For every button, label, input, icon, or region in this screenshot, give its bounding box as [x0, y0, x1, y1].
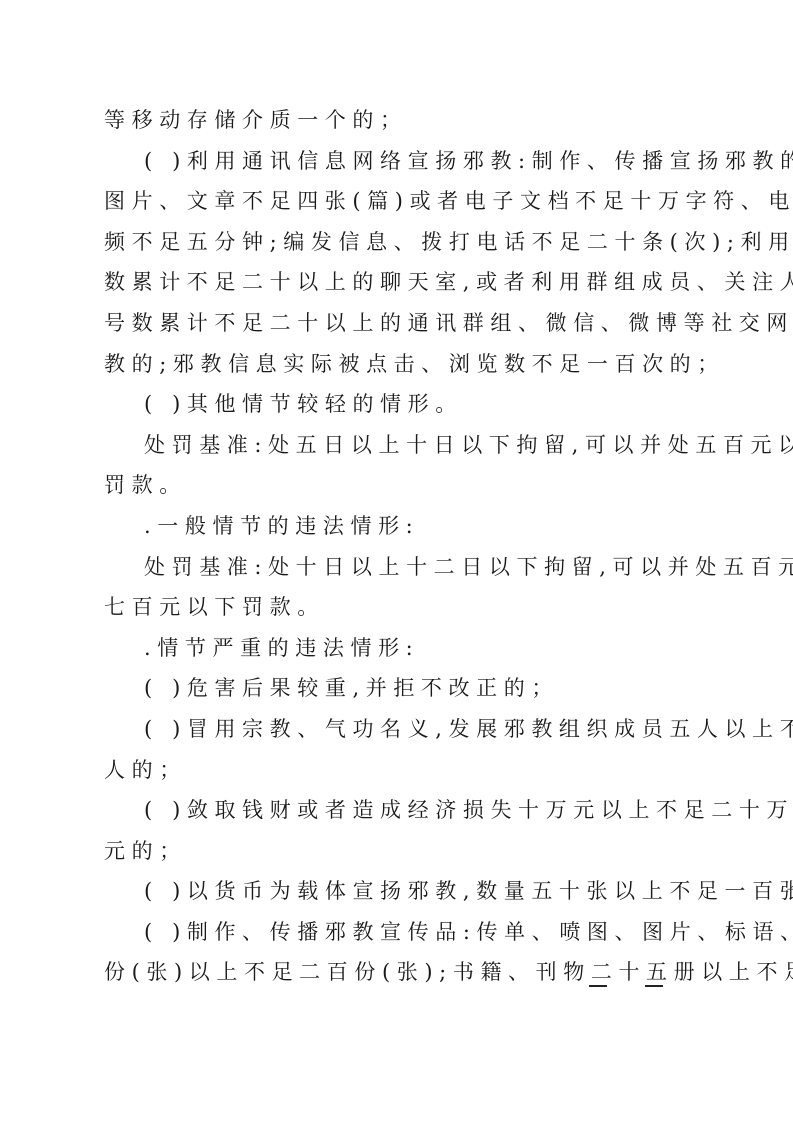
text-line: 罚款。 [104, 465, 692, 506]
text-line: 频不足五分钟;编发信息、拨打电话不足二十条(次);利用在线人 [104, 222, 692, 263]
section-heading: .一般情节的违法情形: [104, 506, 692, 547]
text-line: ( )利用通讯信息网络宣扬邪教:制作、传播宣扬邪教的电子 [104, 141, 692, 182]
text-line: 处罚基准:处十日以上十二日以下拘留,可以并处五百元以上 [104, 547, 692, 588]
text-line: 教的;邪教信息实际被点击、浏览数不足一百次的； [104, 344, 692, 385]
page-marker-dash-left [589, 985, 607, 987]
page-number-footer [588, 985, 668, 989]
text-line: 处罚基准:处五日以上十日以下拘留,可以并处五百元以下 [104, 425, 692, 466]
text-line: 七百元以下罚款。 [104, 587, 692, 628]
text-line: 元的； [104, 831, 692, 872]
text-line: 等移动存储介质一个的； [104, 100, 692, 141]
text-line: 数累计不足二十以上的聊天室,或者利用群组成员、关注人员等账 [104, 262, 692, 303]
text-line: ( )其他情节较轻的情形。 [104, 384, 692, 425]
text-line: ( )以货币为载体宣扬邪教,数量五十张以上不足一百张的； [104, 871, 692, 912]
section-heading: .情节严重的违法情形: [104, 628, 692, 669]
text-line: 人的； [104, 750, 692, 791]
text-line: ( )危害后果较重,并拒不改正的； [104, 668, 692, 709]
text-line: ( )冒用宗教、气功名义,发展邪教组织成员五人以上不足十 [104, 709, 692, 750]
text-line: ( )敛取钱财或者造成经济损失十万元以上不足二十万 [104, 790, 692, 831]
text-line: ( )制作、传播邪教宣传品:传单、喷图、图片、标语、报纸一百 [104, 912, 692, 953]
document-page: 等移动存储介质一个的； ( )利用通讯信息网络宣扬邪教:制作、传播宣扬邪教的电子… [104, 100, 692, 993]
text-line: 号数累计不足二十以上的通讯群组、微信、微博等社交网络宣扬邪 [104, 303, 692, 344]
page-marker-dash-right [645, 985, 663, 987]
text-line: 图片、文章不足四张(篇)或者电子文档不足十万字符、电子音视 [104, 181, 692, 222]
